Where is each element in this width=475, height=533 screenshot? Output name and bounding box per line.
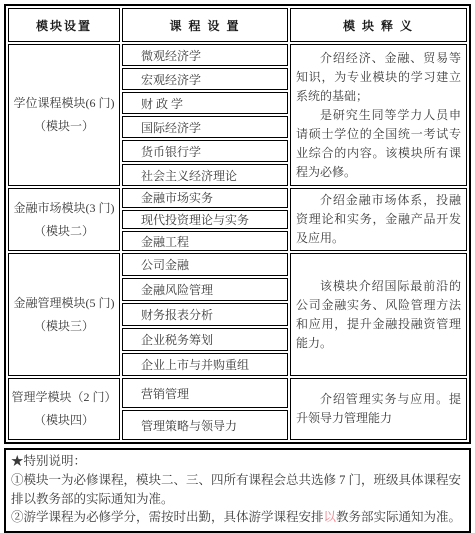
note-1: ①模块一为必修课程，模块二、三、四所有课程会总共选修 7 门，班级具体课程安排以… [11,471,464,509]
description-paragraph: 介绍金融市场体系，投融资理论和实务，金融产品开发及应用。 [296,191,461,248]
module-1-row: 学位课程模块(6 门)（模块一）微观经济学介绍经济、金融、贸易等知识，为专业模块… [8,44,467,66]
module-4-name: 管理学模块（2 门）（模块四） [8,378,120,440]
description-paragraph: 是研究生同等学力人员申请硕士学位的全国统一考试专业综合的内容。该模块所有课程为必… [296,106,461,182]
course-cell: 金融风险管理 [122,278,288,301]
header-module-settings: 模块设置 [8,8,120,42]
module-name-line2: （模块三） [11,315,117,338]
curriculum-table: 模块设置 课 程 设 置 模 块 释 义 学位课程模块(6 门)（模块一）微观经… [6,6,469,442]
curriculum-table-frame: 模块设置 课 程 设 置 模 块 释 义 学位课程模块(6 门)（模块一）微观经… [4,4,471,444]
module-name-line2: （模块二） [11,220,117,243]
module-name-line1: 金融管理模块(5 门) [11,292,117,315]
course-cell: 现代投资理论与实务 [122,210,288,230]
course-cell: 微观经济学 [122,44,288,66]
header-row: 模块设置 课 程 设 置 模 块 释 义 [8,8,467,42]
module-2-description: 介绍金融市场体系，投融资理论和实务，金融产品开发及应用。 [290,188,467,251]
header-module-definition: 模 块 释 义 [290,8,467,42]
module-4-description: 介绍管理实务与应用。提升领导力管理能力 [290,378,467,440]
course-cell: 营销管理 [122,378,288,408]
note-2-text-after: 教务部实际通知为准。 [336,510,461,524]
module-name-line2: （模块一） [11,115,117,138]
module-name-line1: 金融市场模块(3 门) [11,197,117,220]
course-cell: 宏观经济学 [122,68,288,90]
note-2-text-before: ②游学课程为必修学分，需按时出勤，具体游学课程安排 [11,510,324,524]
header-course-settings: 课 程 设 置 [122,8,288,42]
description-paragraph: 该模块介绍国际最前沿的公司金融实务、风险管理方法和应用，提升金融投融资管理能力。 [296,277,461,353]
curriculum-document: 模块设置 课 程 设 置 模 块 释 义 学位课程模块(6 门)（模块一）微观经… [0,0,475,520]
course-cell: 公司金融 [122,253,288,276]
course-cell: 企业税务筹划 [122,328,288,351]
module-4-row: 管理学模块（2 门）（模块四）营销管理介绍管理实务与应用。提升领导力管理能力 [8,378,467,408]
description-paragraph: 介绍管理实务与应用。提升领导力管理能力 [296,390,461,428]
course-cell: 企业上市与并购重组 [122,353,288,376]
module-3-description: 该模块介绍国际最前沿的公司金融实务、风险管理方法和应用，提升金融投融资管理能力。 [290,253,467,376]
module-3-name: 金融管理模块(5 门)（模块三） [8,253,120,376]
notes-title: ★特别说明： [11,452,464,471]
module-3-row: 金融管理模块(5 门)（模块三）公司金融该模块介绍国际最前沿的公司金融实务、风险… [8,253,467,276]
note2-red-char: 以 [324,510,337,524]
module-name-line1: 管理学模块（2 门） [11,386,117,409]
module-name-line1: 学位课程模块(6 门) [11,92,117,115]
module-1-name: 学位课程模块(6 门)（模块一） [8,44,120,186]
course-cell: 国际经济学 [122,116,288,138]
course-cell: 财 政 学 [122,92,288,114]
course-cell: 货币银行学 [122,140,288,162]
course-cell: 金融工程 [122,231,288,251]
module-1-description: 介绍经济、金融、贸易等知识，为专业模块的学习建立系统的基础；是研究生同等学力人员… [290,44,467,186]
note-2: ②游学课程为必修学分，需按时出勤，具体游学课程安排以教务部实际通知为准。 [11,508,464,527]
module-2-name: 金融市场模块(3 门)（模块二） [8,188,120,251]
module-name-line2: （模块四） [11,409,117,432]
module-2-row: 金融市场模块(3 门)（模块二）金融市场实务介绍金融市场体系，投融资理论和实务，… [8,188,467,208]
description-paragraph: 介绍经济、金融、贸易等知识，为专业模块的学习建立系统的基础； [296,49,461,106]
special-notes-box: ★特别说明： ①模块一为必修课程，模块二、三、四所有课程会总共选修 7 门，班级… [4,448,471,533]
course-cell: 金融市场实务 [122,188,288,208]
course-cell: 财务报表分析 [122,303,288,326]
course-cell: 社会主义经济理论 [122,164,288,186]
course-cell: 管理策略与领导力 [122,410,288,440]
